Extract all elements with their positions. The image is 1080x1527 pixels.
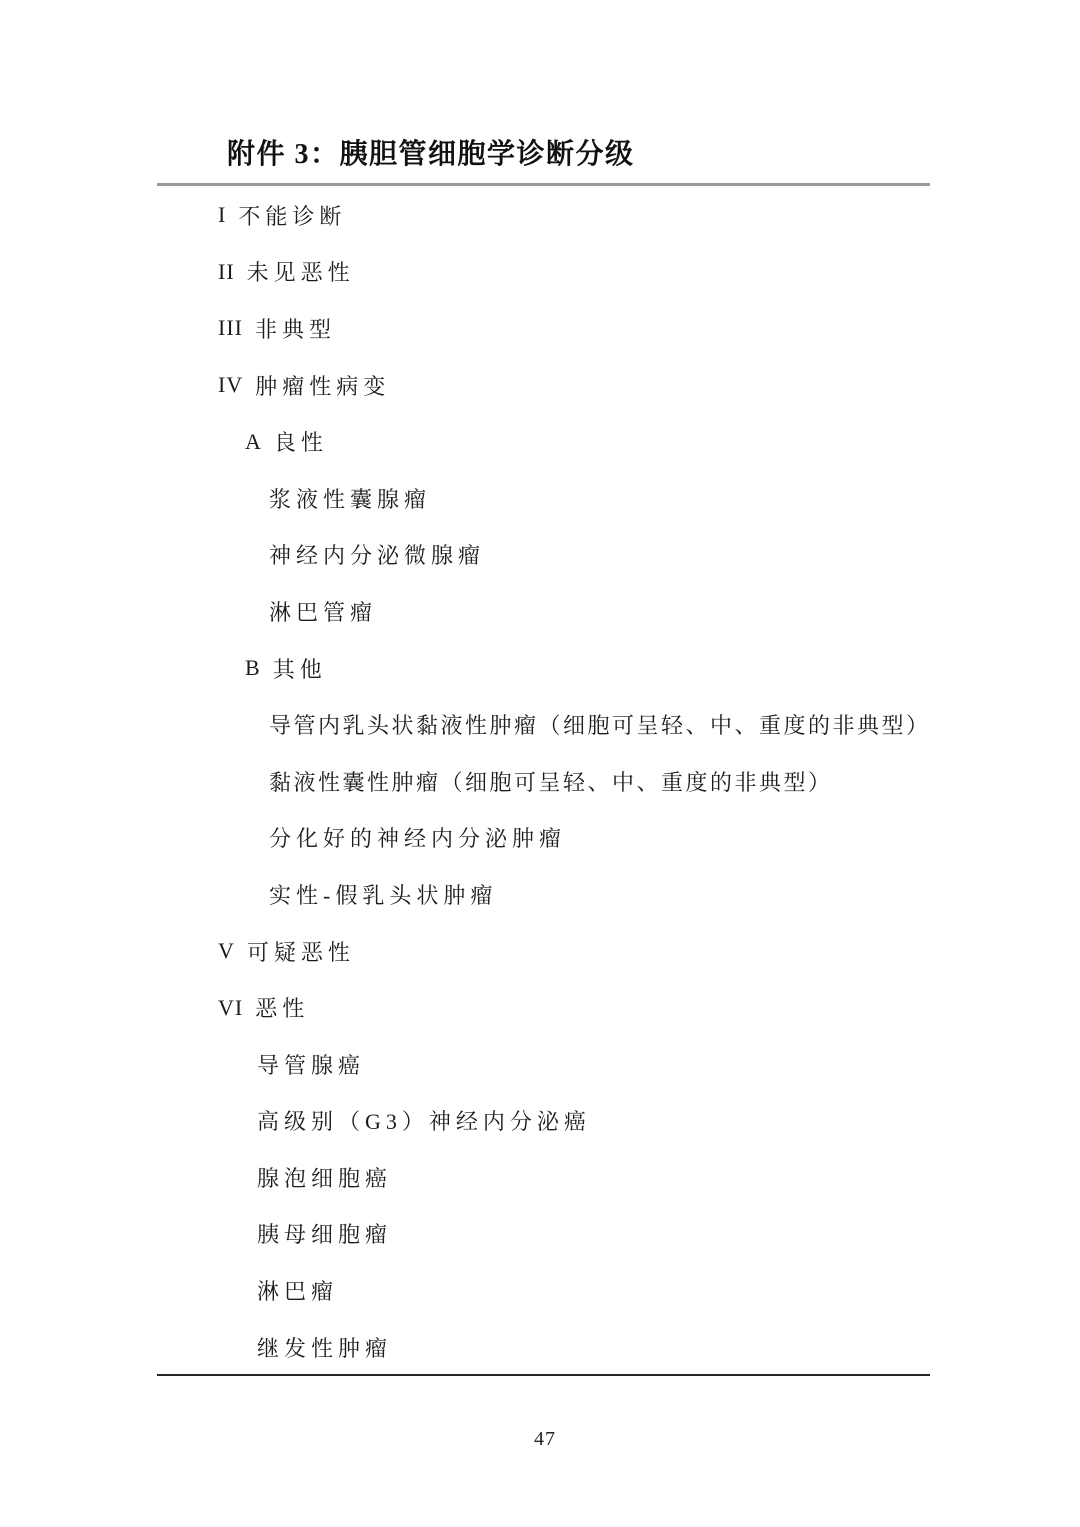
outline-item-marker: B (245, 655, 261, 681)
outline-item-label: 其他 (273, 653, 327, 684)
outline-item-marker: I (218, 202, 226, 228)
outline-item: III非典型 (0, 300, 1080, 357)
outline-item-marker: VI (218, 995, 243, 1021)
outline-item-label: 高级别（G3）神经内分泌癌 (257, 1105, 591, 1136)
outline-item-label: 腺泡细胞癌 (257, 1162, 392, 1193)
outline-item-label: 实性-假乳头状肿瘤 (269, 879, 497, 910)
outline-item: B其他 (0, 640, 1080, 697)
outline-item: 淋巴瘤 (0, 1262, 1080, 1319)
outline-item-marker: III (218, 315, 243, 341)
outline-item: 浆液性囊腺瘤 (0, 470, 1080, 527)
page-number: 47 (0, 1428, 1080, 1451)
outline-item-label: 可疑恶性 (247, 936, 355, 967)
document-page: 附件 3：胰胆管细胞学诊断分级 I不能诊断II未见恶性III非典型IV肿瘤性病变… (0, 0, 1080, 1527)
outline-item-label: 淋巴瘤 (257, 1275, 338, 1306)
page-title: 附件 3：胰胆管细胞学诊断分级 (227, 136, 635, 174)
outline-item-label: 导管腺癌 (257, 1049, 365, 1080)
outline-item-marker: V (218, 938, 235, 964)
diagnosis-grading-outline: I不能诊断II未见恶性III非典型IV肿瘤性病变A良性浆液性囊腺瘤神经内分泌微腺… (0, 187, 1080, 1375)
outline-item-label: 黏液性囊性肿瘤（细胞可呈轻、中、重度的非典型） (269, 766, 833, 797)
outline-item-label: 胰母细胞瘤 (257, 1218, 392, 1249)
outline-item-label: 继发性肿瘤 (257, 1332, 392, 1363)
outline-item-label: 未见恶性 (247, 256, 355, 287)
outline-item: IV肿瘤性病变 (0, 357, 1080, 414)
outline-item-label: 肿瘤性病变 (255, 370, 390, 401)
outline-item-label: 非典型 (255, 313, 336, 344)
outline-item: 实性-假乳头状肿瘤 (0, 866, 1080, 923)
outline-item: 分化好的神经内分泌肿瘤 (0, 810, 1080, 867)
outline-item: I不能诊断 (0, 187, 1080, 244)
outline-item: 导管内乳头状黏液性肿瘤（细胞可呈轻、中、重度的非典型） (0, 696, 1080, 753)
outline-item-label: 淋巴管瘤 (269, 596, 377, 627)
outline-item-label: 恶性 (255, 992, 309, 1023)
outline-item: V可疑恶性 (0, 923, 1080, 980)
outline-item-label: 浆液性囊腺瘤 (269, 483, 431, 514)
outline-item: VI恶性 (0, 979, 1080, 1036)
outline-item: 黏液性囊性肿瘤（细胞可呈轻、中、重度的非典型） (0, 753, 1080, 810)
outline-item-label: 分化好的神经内分泌肿瘤 (269, 822, 566, 853)
outline-item-marker: II (218, 259, 235, 285)
outline-item: 导管腺癌 (0, 1036, 1080, 1093)
outline-item: 神经内分泌微腺瘤 (0, 527, 1080, 584)
outline-item-label: 导管内乳头状黏液性肿瘤（细胞可呈轻、中、重度的非典型） (269, 709, 931, 740)
outline-item: 高级别（G3）神经内分泌癌 (0, 1093, 1080, 1150)
outline-item-label: 良性 (274, 426, 328, 457)
outline-item: II未见恶性 (0, 244, 1080, 301)
outline-item-marker: A (245, 429, 262, 455)
outline-item: 淋巴管瘤 (0, 583, 1080, 640)
outline-item: 胰母细胞瘤 (0, 1206, 1080, 1263)
title-divider (157, 183, 930, 186)
outline-item: 继发性肿瘤 (0, 1319, 1080, 1376)
footer-divider (157, 1374, 930, 1376)
outline-item-label: 神经内分泌微腺瘤 (269, 539, 485, 570)
outline-item-label: 不能诊断 (238, 200, 346, 231)
outline-item: A良性 (0, 413, 1080, 470)
outline-item-marker: IV (218, 372, 243, 398)
outline-item: 腺泡细胞癌 (0, 1149, 1080, 1206)
